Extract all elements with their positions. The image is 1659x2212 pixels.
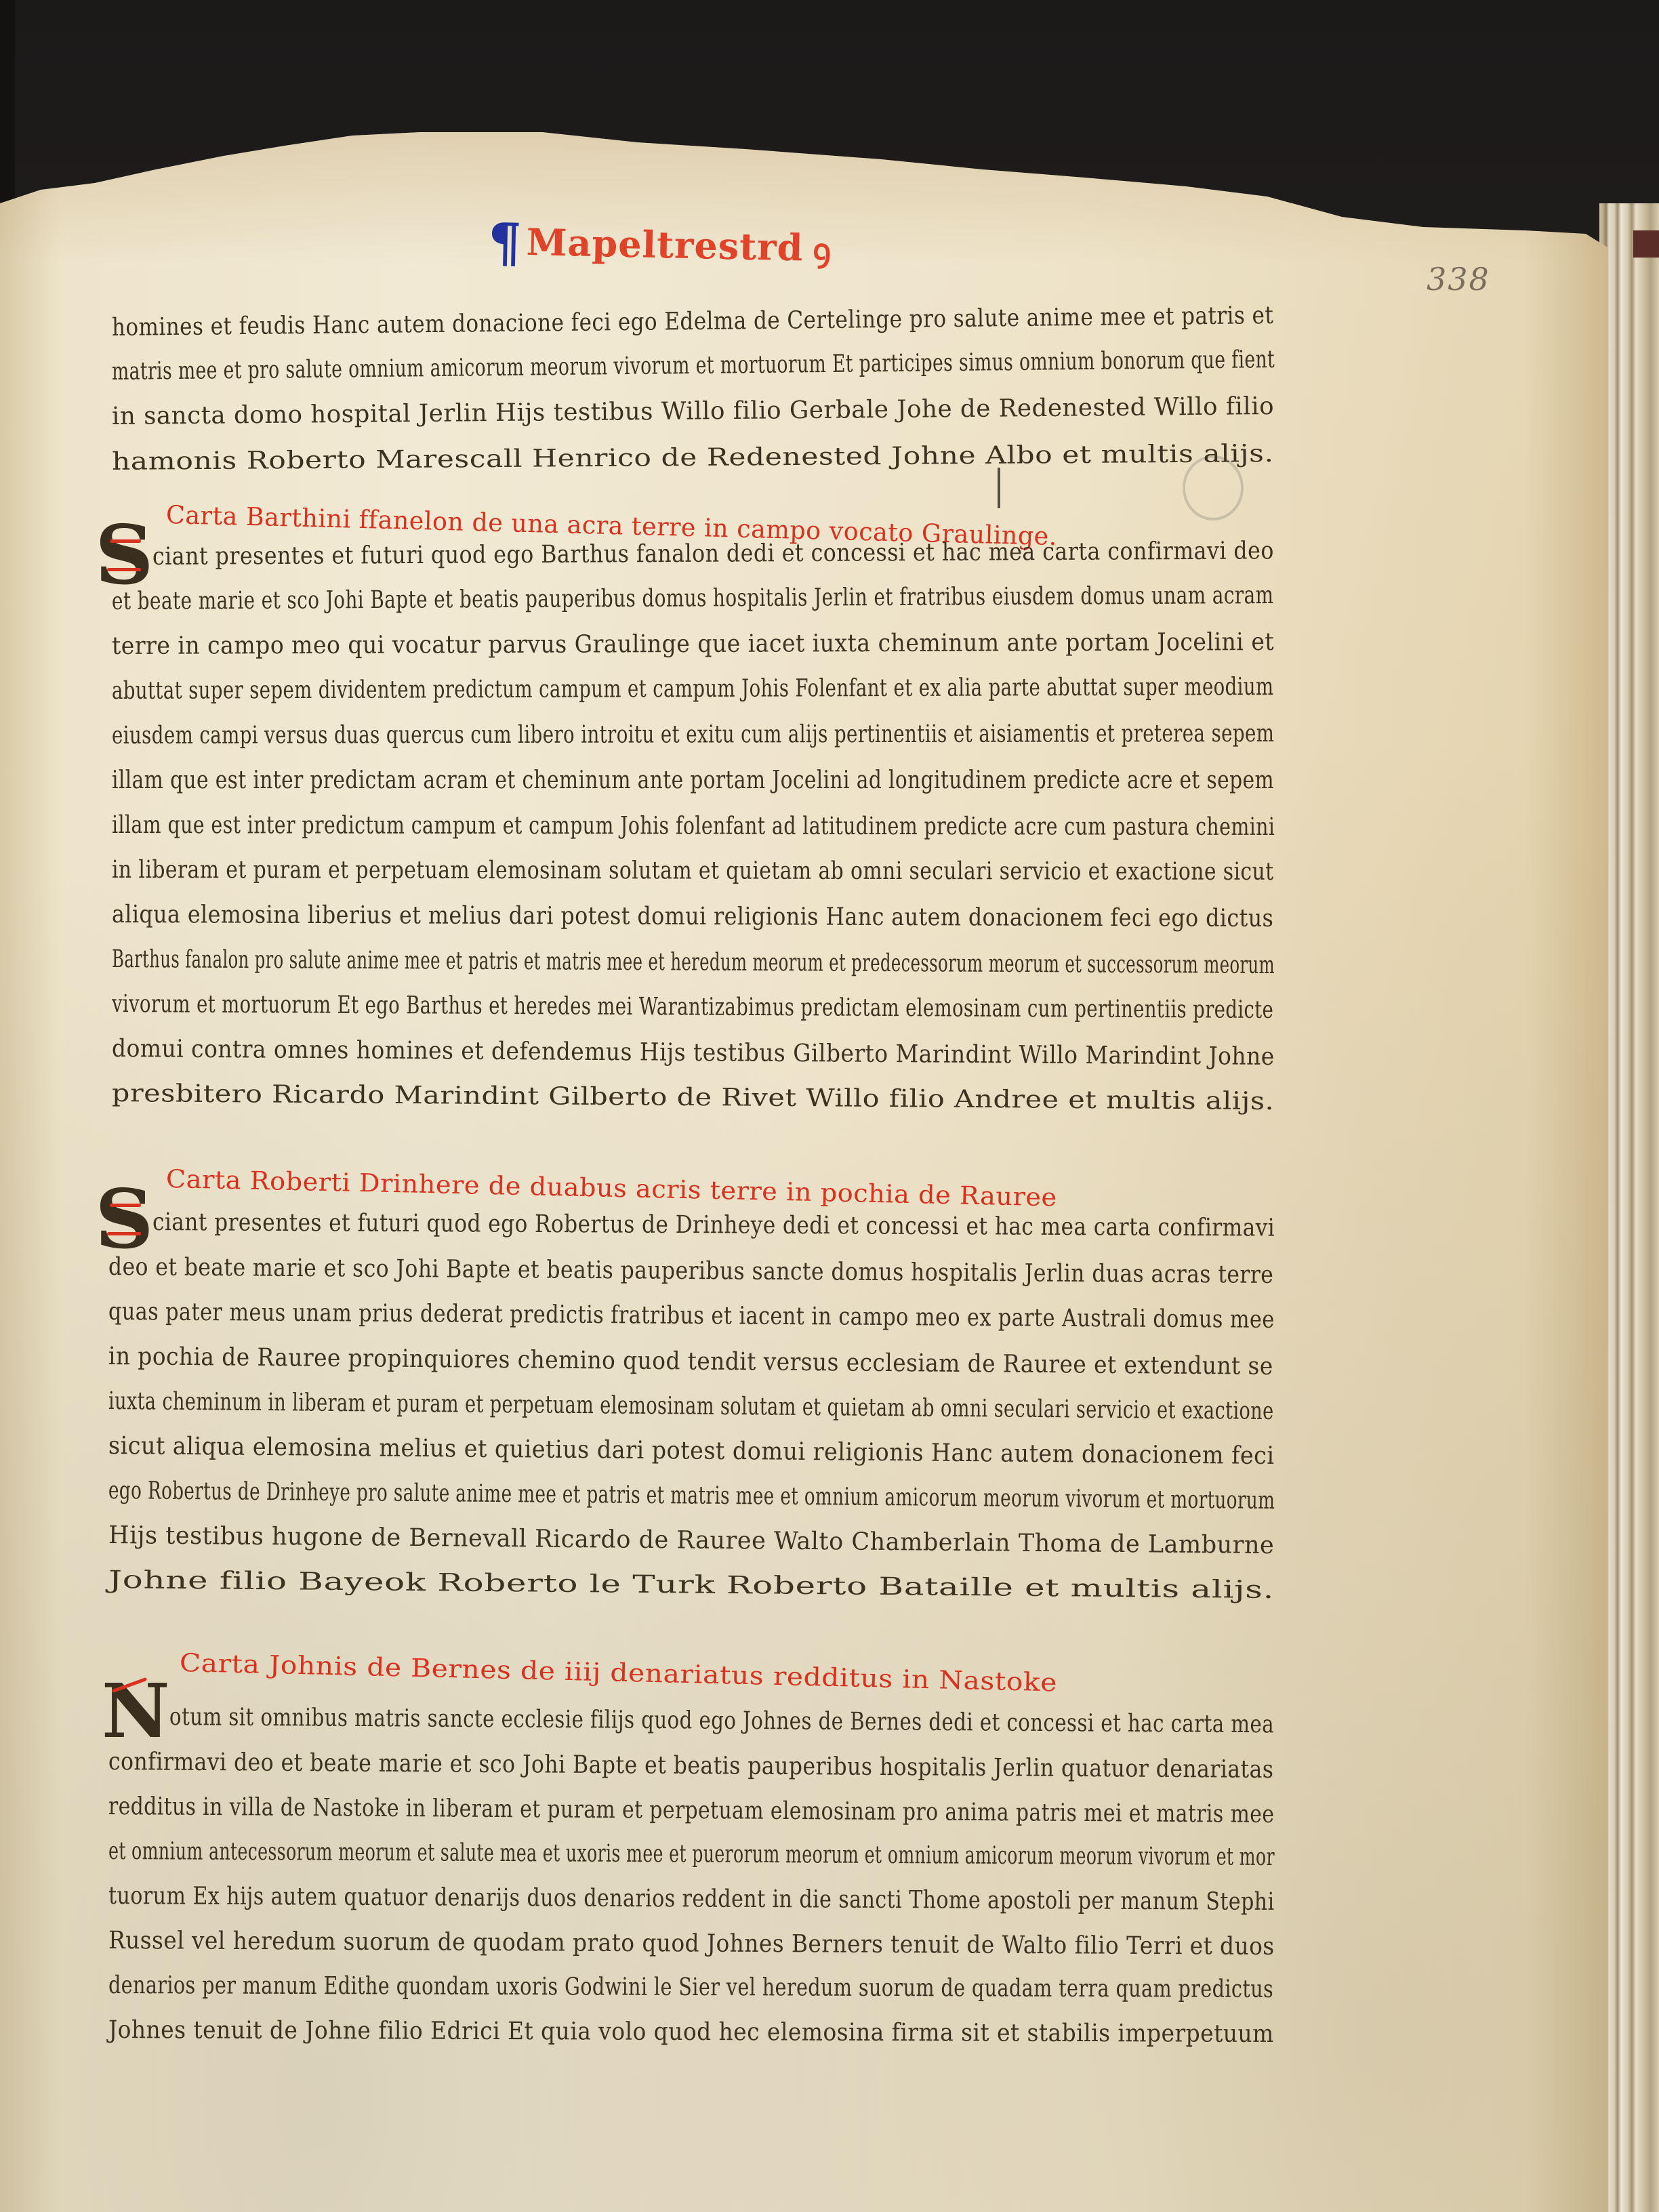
descender-stroke [998,468,1000,508]
text-line: aliqua elemosina liberius et melius dari… [112,900,1273,934]
text-line: tuorum Ex hijs autem quatuor denarijs du… [108,1881,1275,1917]
text-line: Russel vel heredum suorum de quodam prat… [108,1926,1275,1962]
initial-red-stripe [107,568,141,571]
binding-edge [1633,230,1659,258]
folio-number: 338 [1427,261,1490,298]
text-line: illam que est inter predictam acram et c… [112,766,1274,796]
initial-red-stripe [110,539,141,543]
text-line: et omnium antecessorum meorum et salute … [108,1837,1275,1872]
text-line: in liberam et puram et perpetuam elemosi… [112,855,1274,887]
pilcrow-icon: ¶ [487,212,523,274]
text-line: denarios per manum Edithe quondam uxoris… [108,1971,1273,2005]
decorated-initial-s: S [95,515,154,596]
heading-abbreviation-mark: ꝯ [813,232,832,269]
decorated-initial-s: S [95,1179,154,1261]
place-heading: ¶Mapeltrestrdꝯ [487,212,832,281]
text-line: ciant presentes et futuri quod ego Rober… [152,1208,1275,1244]
text-line: eiusdem campi versus duas quercus cum li… [112,719,1274,751]
text-line: Johnes tenuit de Johne filio Edrici Et q… [108,2015,1274,2049]
text-line: et beate marie et sco Johi Bapte et beat… [112,581,1274,617]
stacked-page-edges [1599,203,1659,2212]
initial-red-stripe [110,1204,141,1207]
text-line: abuttat super sepem dividentem predictum… [112,672,1274,706]
initial-red-stripe [107,1232,141,1235]
text-line: ciant presentes et futuri quod ego Barth… [152,536,1274,572]
photo-scene: 338 ¶Mapeltrestrdꝯ homines et feudis Han… [0,0,1659,2212]
text-line: Barthus fanalon pro salute anime mee et … [112,945,1275,981]
text-line: illam que est inter predictum campum et … [112,811,1275,842]
text-line: terre in campo meo qui vocatur parvus Gr… [112,628,1274,661]
decorated-initial-n: N [102,1674,170,1748]
text-line: vivorum et mortuorum Et ego Barthus et h… [112,989,1273,1025]
heading-text: Mapeltrestrd [526,220,804,270]
